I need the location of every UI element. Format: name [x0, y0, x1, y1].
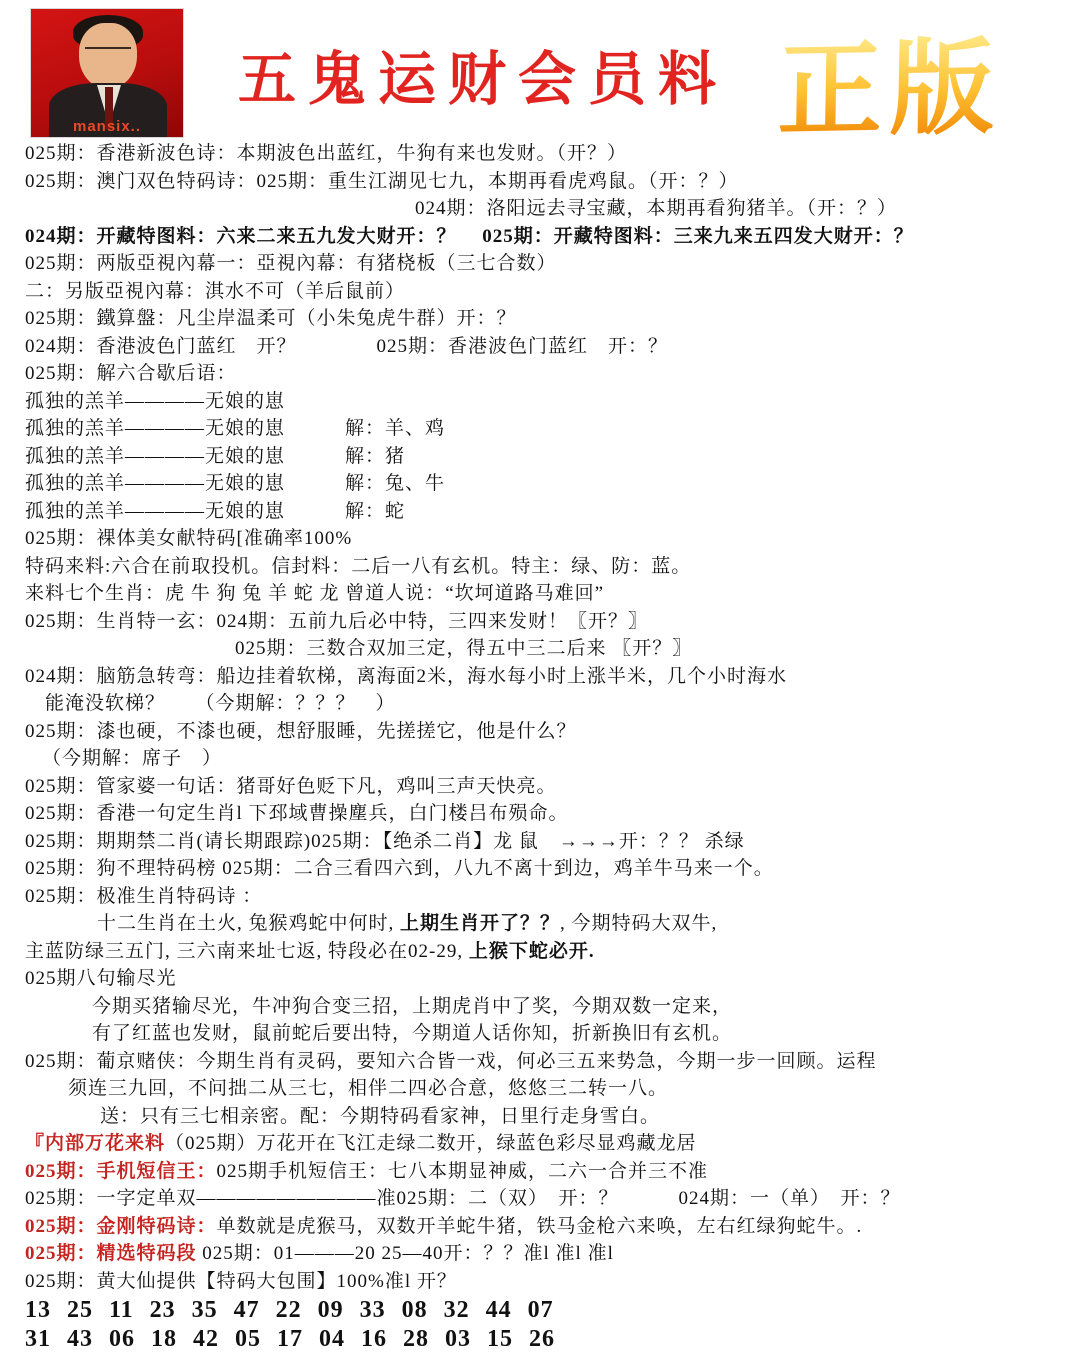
- highlight-red-text: 『内部万花来料: [25, 1133, 165, 1154]
- text-segment: 能淹没软梯？ （今期解：？？？ ）: [45, 693, 396, 714]
- text-segment: 025期：01———20 25—40开：？？准l 准l 准l: [202, 1243, 614, 1264]
- text-segment: 31 43 06 18 42 05 17 04 16 28 03 15 26: [25, 1326, 555, 1352]
- text-segment: 十二生肖在土火, 兔猴鸡蛇中何时,: [97, 913, 400, 934]
- text-segment: 来料七个生肖：虎 牛 狗 兔 羊 蛇 龙 曾道人说：“坎坷道路马难回”: [25, 583, 604, 604]
- text-segment: 孤独的羔羊————无娘的崽 解：猪: [25, 446, 405, 467]
- text-line-24: 025期：管家婆一句话：猪哥好色贬下凡，鸡叫三声天快亮。: [25, 773, 1080, 801]
- text-line-9: 025期：解六合歇后语：: [25, 360, 1080, 388]
- text-line-26: 025期：期期禁二肖(请长期跟踪)025期：【绝杀二肖】龙 鼠 →→→开：？？ …: [25, 828, 1080, 856]
- text-line-5: 025期：两版亞視內幕一：亞視內幕：有猪桡板（三七合数）: [25, 250, 1080, 278]
- text-segment: 025期：两版亞視內幕一：亞視內幕：有猪桡板（三七合数）: [25, 253, 557, 274]
- highlight-red-text: 025期：金刚特码诗：: [25, 1216, 217, 1237]
- text-segment: 孤独的羔羊————无娘的崽 解：蛇: [25, 501, 405, 522]
- text-line-43: 13 25 11 23 35 47 22 09 33 08 32 44 07: [25, 1297, 1080, 1324]
- text-line-37: 『内部万花来料（025期）万花开在飞江走绿二数开，绿蓝色彩尽显鸡藏龙居: [25, 1130, 1080, 1158]
- text-segment: 主蓝防绿三五门, 三六南来址七返, 特段必在02-29,: [25, 941, 469, 962]
- page-title: 五鬼运财会员料: [238, 32, 728, 116]
- text-segment: （今期解：席子 ）: [42, 748, 222, 769]
- text-line-7: 025期：鐵算盤：凡尘岸温柔可（小朱兔虎牛群）开：？: [25, 305, 1080, 333]
- text-segment: 送：只有三七相亲密。配：今期特码看家神，日里行走身雪白。: [100, 1106, 660, 1127]
- text-segment: 025期：期期禁二肖(请长期跟踪)025期：【绝杀二肖】龙 鼠 →→→开：？？ …: [25, 831, 745, 852]
- text-segment: 025期：裸体美女献特码[准确率100%: [25, 528, 352, 549]
- text-segment: 025期：漆也硬，不漆也硬，想舒服睡，先搓搓它，他是什么？: [25, 721, 577, 742]
- text-line-19: 025期：三数合双加三定，得五中三二后来 〖开？〗: [25, 635, 1080, 663]
- text-segment: 孤独的羔羊————无娘的崽 解：兔、牛: [25, 473, 445, 494]
- text-line-1: 025期：香港新波色诗：本期波色出蓝红，牛狗有来也发财。（开？）: [25, 140, 1080, 168]
- text-line-11: 孤独的羔羊————无娘的崽 解：羊、鸡: [25, 415, 1080, 443]
- text-line-39: 025期：一字定单双—————————准025期：二（双） 开：？ 024期：一…: [25, 1185, 1080, 1213]
- text-segment: 有了红蓝也发财，鼠前蛇后要出特，今期道人话你知，折新换旧有玄机。: [92, 1023, 732, 1044]
- genuine-badge: 正版: [777, 32, 1003, 150]
- text-line-27: 025期：狗不理特码榜 025期：二合三看四六到，八九不离十到边，鸡羊牛马来一个…: [25, 855, 1080, 883]
- text-line-42: 025期：黄大仙提供【特码大包围】100%准l 开？: [25, 1268, 1080, 1296]
- text-line-14: 孤独的羔羊————无娘的崽 解：蛇: [25, 498, 1080, 526]
- text-segment: 上期生肖开了？？: [400, 913, 560, 934]
- text-line-23: （今期解：席子 ）: [25, 745, 1080, 773]
- text-segment: 025期：葡京赌侠：今期生肖有灵码，要知六合皆一戏，何必三五来势急，今期一步一回…: [25, 1051, 877, 1072]
- text-segment: 025期：三数合双加三定，得五中三二后来 〖开？〗: [235, 638, 692, 659]
- text-line-30: 主蓝防绿三五门, 三六南来址七返, 特段必在02-29, 上猴下蛇必开.: [25, 938, 1080, 966]
- text-segment: 上猴下蛇必开.: [469, 941, 595, 962]
- text-line-20: 024期：脑筋急转弯：船边挂着软梯，离海面2米，海水每小时上涨半米，几个小时海水: [25, 663, 1080, 691]
- text-line-31: 025期八句输尽光: [25, 965, 1080, 993]
- text-line-25: 025期：香港一句定生肖l 下邳域曹操塵兵，白门楼吕布殒命。: [25, 800, 1080, 828]
- text-line-10: 孤独的羔羊————无娘的崽: [25, 388, 1080, 416]
- tip-sheet-page: mansix.. 五鬼运财会员料 正版 025期：香港新波色诗：本期波色出蓝红，…: [0, 0, 1080, 1360]
- text-segment: 今期买猪输尽光，牛冲狗合变三招，上期虎肖中了奖，今期双数一定来，: [92, 996, 732, 1017]
- text-segment: 特码来料:六合在前取投机。信封料：二后一八有玄机。特主：绿、防：蓝。: [25, 556, 691, 577]
- text-line-28: 025期：极准生肖特码诗 ：: [25, 883, 1080, 911]
- text-line-17: 来料七个生肖：虎 牛 狗 兔 羊 蛇 龙 曾道人说：“坎坷道路马难回”: [25, 580, 1080, 608]
- text-line-21: 能淹没软梯？ （今期解：？？？ ）: [25, 690, 1080, 718]
- text-segment: 025期：生肖特一玄：024期：五前九后必中特，三四来发财！〖开？〗: [25, 611, 648, 632]
- text-line-29: 十二生肖在土火, 兔猴鸡蛇中何时, 上期生肖开了？？, 今期特码大双牛,: [25, 910, 1080, 938]
- text-line-33: 有了红蓝也发财，鼠前蛇后要出特，今期道人话你知，折新换旧有玄机。: [25, 1020, 1080, 1048]
- text-segment: 024期：洛阳远去寻宝藏，本期再看狗猪羊。（开：？）: [415, 198, 897, 219]
- content-lines: 025期：香港新波色诗：本期波色出蓝红，牛狗有来也发财。（开？）025期：澳门双…: [0, 140, 1080, 1353]
- text-segment: 025期：一字定单双—————————准025期：二（双） 开：？ 024期：一…: [25, 1188, 901, 1209]
- text-line-38: 025期：手机短信王：025期手机短信王：七八本期显神威，二六一合并三不准: [25, 1158, 1080, 1186]
- text-segment: , 今期特码大双牛,: [560, 913, 717, 934]
- text-segment: 025期：黄大仙提供【特码大包围】100%准l 开？: [25, 1271, 457, 1292]
- text-line-36: 送：只有三七相亲密。配：今期特码看家神，日里行走身雪白。: [25, 1103, 1080, 1131]
- text-line-15: 025期：裸体美女献特码[准确率100%: [25, 525, 1080, 553]
- text-line-18: 025期：生肖特一玄：024期：五前九后必中特，三四来发财！〖开？〗: [25, 608, 1080, 636]
- text-line-44: 31 43 06 18 42 05 17 04 16 28 03 15 26: [25, 1326, 1080, 1353]
- text-segment: 024期：脑筋急转弯：船边挂着软梯，离海面2米，海水每小时上涨半米，几个小时海水: [25, 666, 787, 687]
- text-segment: 025期八句输尽光: [25, 968, 177, 989]
- text-segment: 024期：开藏特图料：六来二来五九发大财开：？ 025期：开藏特图料：三来九来五…: [25, 226, 914, 247]
- highlight-red-text: 025期：手机短信王：: [25, 1161, 217, 1182]
- text-segment: 孤独的羔羊————无娘的崽: [25, 391, 285, 412]
- text-line-34: 025期：葡京赌侠：今期生肖有灵码，要知六合皆一戏，何必三五来势急，今期一步一回…: [25, 1048, 1080, 1076]
- text-segment: 025期：香港新波色诗：本期波色出蓝红，牛狗有来也发财。（开？）: [25, 143, 627, 164]
- text-line-2: 025期：澳门双色特码诗：025期：重生江湖见七九，本期再看虎鸡鼠。（开：？）: [25, 168, 1080, 196]
- text-line-32: 今期买猪输尽光，牛冲狗合变三招，上期虎肖中了奖，今期双数一定来，: [25, 993, 1080, 1021]
- portrait-photo: mansix..: [30, 8, 184, 138]
- text-line-35: 须连三九回，不问拙二从三七，相伴二四必合意，悠悠三二转一八。: [25, 1075, 1080, 1103]
- photo-watermark: mansix..: [31, 118, 183, 135]
- text-line-41: 025期：精选特码段 025期：01———20 25—40开：？？准l 准l 准…: [25, 1240, 1080, 1268]
- text-segment: 025期手机短信王：七八本期显神威，二六一合并三不准: [217, 1161, 709, 1182]
- text-line-40: 025期：金刚特码诗：单数就是虎猴马，双数开羊蛇牛猪，铁马金枪六来唤，左右红绿狗…: [25, 1213, 1080, 1241]
- text-line-4: 024期：开藏特图料：六来二来五九发大财开：？ 025期：开藏特图料：三来九来五…: [25, 223, 1080, 251]
- text-line-16: 特码来料:六合在前取投机。信封料：二后一八有玄机。特主：绿、防：蓝。: [25, 553, 1080, 581]
- text-segment: 025期：澳门双色特码诗：025期：重生江湖见七九，本期再看虎鸡鼠。（开：？）: [25, 171, 739, 192]
- text-line-6: 二：另版亞視內幕：淇水不可（羊后鼠前）: [25, 278, 1080, 306]
- text-segment: 025期：鐵算盤：凡尘岸温柔可（小朱兔虎牛群）开：？: [25, 308, 517, 329]
- text-line-22: 025期：漆也硬，不漆也硬，想舒服睡，先搓搓它，他是什么？: [25, 718, 1080, 746]
- text-segment: 024期：香港波色门蓝红 开？ 025期：香港波色门蓝红 开：？: [25, 336, 668, 357]
- text-segment: 二：另版亞視內幕：淇水不可（羊后鼠前）: [25, 281, 405, 302]
- photo-glasses: [85, 47, 131, 61]
- text-line-8: 024期：香港波色门蓝红 开？ 025期：香港波色门蓝红 开：？: [25, 333, 1080, 361]
- text-segment: 孤独的羔羊————无娘的崽 解：羊、鸡: [25, 418, 445, 439]
- text-segment: （025期）万花开在飞江走绿二数开，绿蓝色彩尽显鸡藏龙居: [165, 1133, 697, 1154]
- text-segment: 单数就是虎猴马，双数开羊蛇牛猪，铁马金枪六来唤，左右红绿狗蛇牛。.: [217, 1216, 863, 1237]
- text-line-12: 孤独的羔羊————无娘的崽 解：猪: [25, 443, 1080, 471]
- text-line-13: 孤独的羔羊————无娘的崽 解：兔、牛: [25, 470, 1080, 498]
- highlight-red-text: 025期：精选特码段: [25, 1243, 202, 1264]
- text-segment: 025期：狗不理特码榜 025期：二合三看四六到，八九不离十到边，鸡羊牛马来一个…: [25, 858, 774, 879]
- text-segment: 13 25 11 23 35 47 22 09 33 08 32 44 07: [25, 1297, 554, 1323]
- text-line-3: 024期：洛阳远去寻宝藏，本期再看狗猪羊。（开：？）: [25, 195, 1080, 223]
- text-segment: 须连三九回，不问拙二从三七，相伴二四必合意，悠悠三二转一八。: [68, 1078, 668, 1099]
- text-segment: 025期：极准生肖特码诗 ：: [25, 886, 262, 907]
- text-segment: 025期：解六合歇后语：: [25, 363, 237, 384]
- text-segment: 025期：管家婆一句话：猪哥好色贬下凡，鸡叫三声天快亮。: [25, 776, 557, 797]
- text-segment: 025期：香港一句定生肖l 下邳域曹操塵兵，白门楼吕布殒命。: [25, 803, 569, 824]
